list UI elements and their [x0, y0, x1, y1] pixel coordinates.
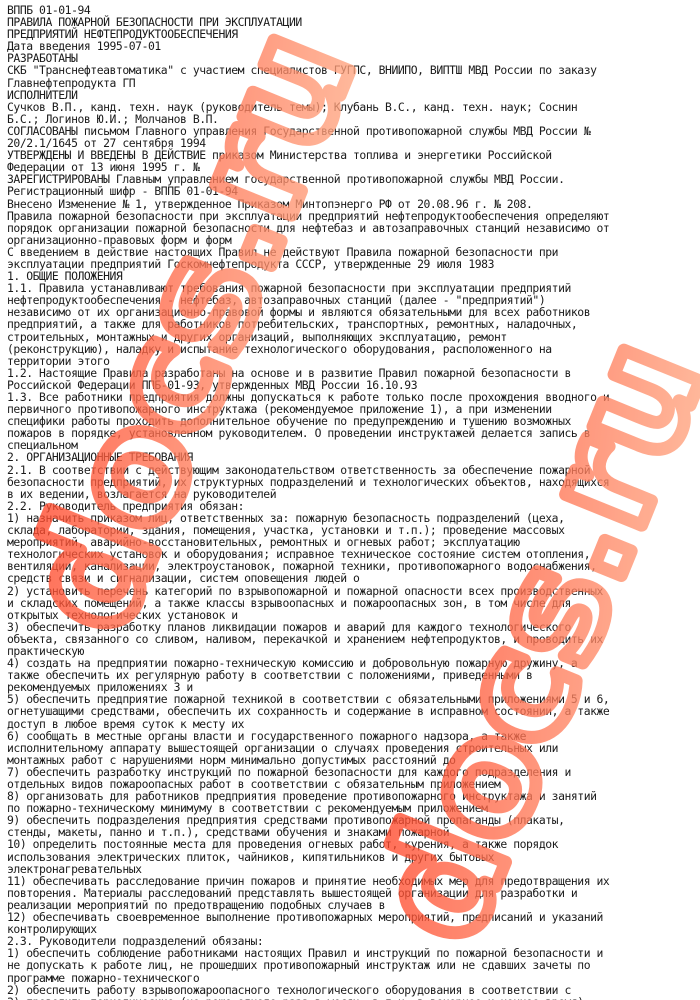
- text-line: 10) определить постоянные места для пров…: [7, 838, 697, 850]
- text-line: не допускать к работе лиц, не прошедших …: [7, 959, 697, 971]
- text-line: Правила пожарной безопасности при эксплу…: [7, 210, 697, 222]
- text-line: пожаров в порядке, установленном руковод…: [7, 427, 697, 439]
- text-line: территории этого: [7, 355, 697, 367]
- text-line: безопасности предприятий, их структурных…: [7, 476, 697, 488]
- text-line: СКБ "Транснефтеавтоматика" с участием сп…: [7, 64, 697, 76]
- text-line: 2) установить перечень категорий по взры…: [7, 585, 697, 597]
- text-line: средств связи и сигнализации, систем опо…: [7, 572, 697, 584]
- text-line: огнетушащими средствами, обеспечить их с…: [7, 705, 697, 717]
- text-line: 2.1. В соответствии с действующим законо…: [7, 464, 697, 476]
- text-line: доступ в любое время суток к месту их: [7, 718, 697, 730]
- text-line: ИСПОЛНИТЕЛИ: [7, 89, 697, 101]
- text-line: Главнефтепродукта ГП: [7, 77, 697, 89]
- text-line: порядок организации пожарной безопасност…: [7, 222, 697, 234]
- text-line: открытых технологических установок и: [7, 609, 697, 621]
- text-line: 6) сообщать в местные органы власти и го…: [7, 730, 697, 742]
- text-line: использования электрических плиток, чайн…: [7, 851, 697, 863]
- text-line: 2. ОРГАНИЗАЦИОННЫЕ ТРЕБОВАНИЯ: [7, 451, 697, 463]
- text-line: Внесено Изменение № 1, утвержденное Прик…: [7, 198, 697, 210]
- text-line: Дата введения 1995-07-01: [7, 40, 697, 52]
- text-line: исполнительному аппарату вышестоящей орг…: [7, 742, 697, 754]
- text-line: и складских помещений, а также классы вз…: [7, 597, 697, 609]
- text-line: 12) обеспечивать своевременное выполнени…: [7, 911, 697, 923]
- text-line: 2) обеспечить работу взрывопожароопасног…: [7, 984, 697, 996]
- text-line: электронагревательных: [7, 863, 697, 875]
- text-line: Регистрационный шифр - ВППБ 01-01-94: [7, 185, 697, 197]
- text-line: программе пожарно-технического: [7, 972, 697, 984]
- document-body: ВППБ 01-01-94ПРАВИЛА ПОЖАРНОЙ БЕЗОПАСНОС…: [7, 4, 697, 1000]
- text-line: предприятий, а также для работников потр…: [7, 318, 697, 330]
- text-line: строительных, монтажных и других организ…: [7, 331, 697, 343]
- text-line: объекта, связанного со сливом, наливом, …: [7, 633, 697, 645]
- text-line: (реконструкцию), наладку и испытание тех…: [7, 343, 697, 355]
- text-line: 3) проводить периодические (не реже одно…: [7, 996, 697, 1000]
